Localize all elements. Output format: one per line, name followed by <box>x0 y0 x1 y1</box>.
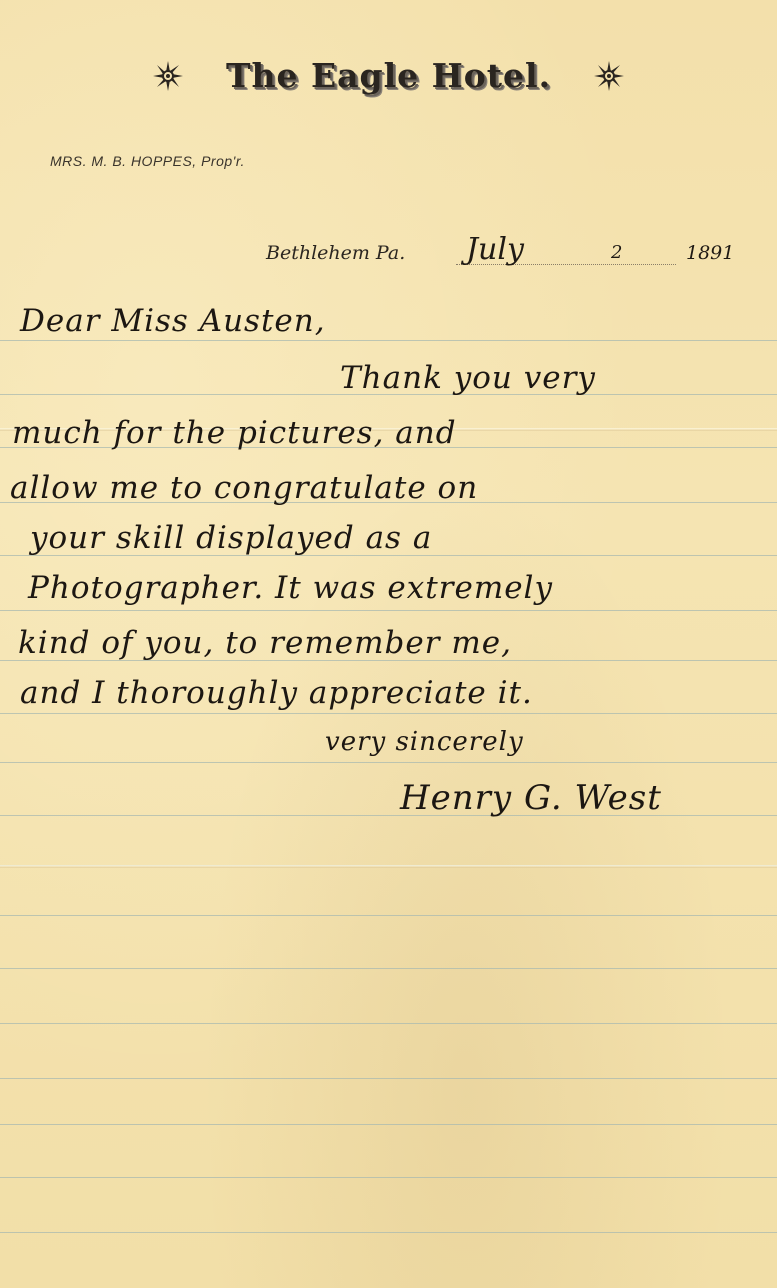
star-ornament-icon <box>152 60 184 92</box>
closing: very sincerely <box>325 727 524 757</box>
ruled-line <box>0 1023 777 1024</box>
ruled-line <box>0 915 777 916</box>
ruled-line <box>0 610 777 611</box>
ruled-line <box>0 762 777 763</box>
letter-line: much for the pictures, and <box>12 415 457 451</box>
letter-line: Thank you very <box>340 360 596 396</box>
salutation: Dear Miss Austen, <box>20 303 326 339</box>
star-ornament-icon <box>593 60 625 92</box>
date-day: 2 <box>611 242 622 263</box>
letter-line: your skill displayed as a <box>30 520 432 556</box>
ruled-line <box>0 1124 777 1125</box>
date-month: July <box>466 232 524 267</box>
ruled-line <box>0 713 777 714</box>
letter-line: allow me to congratulate on <box>10 470 478 506</box>
letterhead: The Eagle Hotel. <box>0 56 777 95</box>
proprietor-line: MRS. M. B. HOPPES, Prop'r. <box>50 153 245 169</box>
place: Bethlehem Pa. <box>266 242 405 264</box>
letter-line: kind of you, to remember me, <box>18 625 512 661</box>
ruled-line <box>0 340 777 341</box>
ruled-line <box>0 968 777 969</box>
signature: Henry G. West <box>400 778 662 818</box>
ruled-line <box>0 1078 777 1079</box>
date-year: 1891 <box>686 242 734 264</box>
letter-line: and I thoroughly appreciate it. <box>20 675 533 711</box>
ruled-line <box>0 1232 777 1233</box>
ruled-line <box>0 1177 777 1178</box>
hotel-title: The Eagle Hotel. <box>226 56 551 95</box>
place-dateline: Bethlehem Pa. July 2 1891 <box>266 240 766 280</box>
fold-crease <box>0 865 777 868</box>
letter-line: Photographer. It was extremely <box>28 570 553 606</box>
letter-page: The Eagle Hotel. MRS. M. B. HOPPES, Prop… <box>0 0 777 1288</box>
